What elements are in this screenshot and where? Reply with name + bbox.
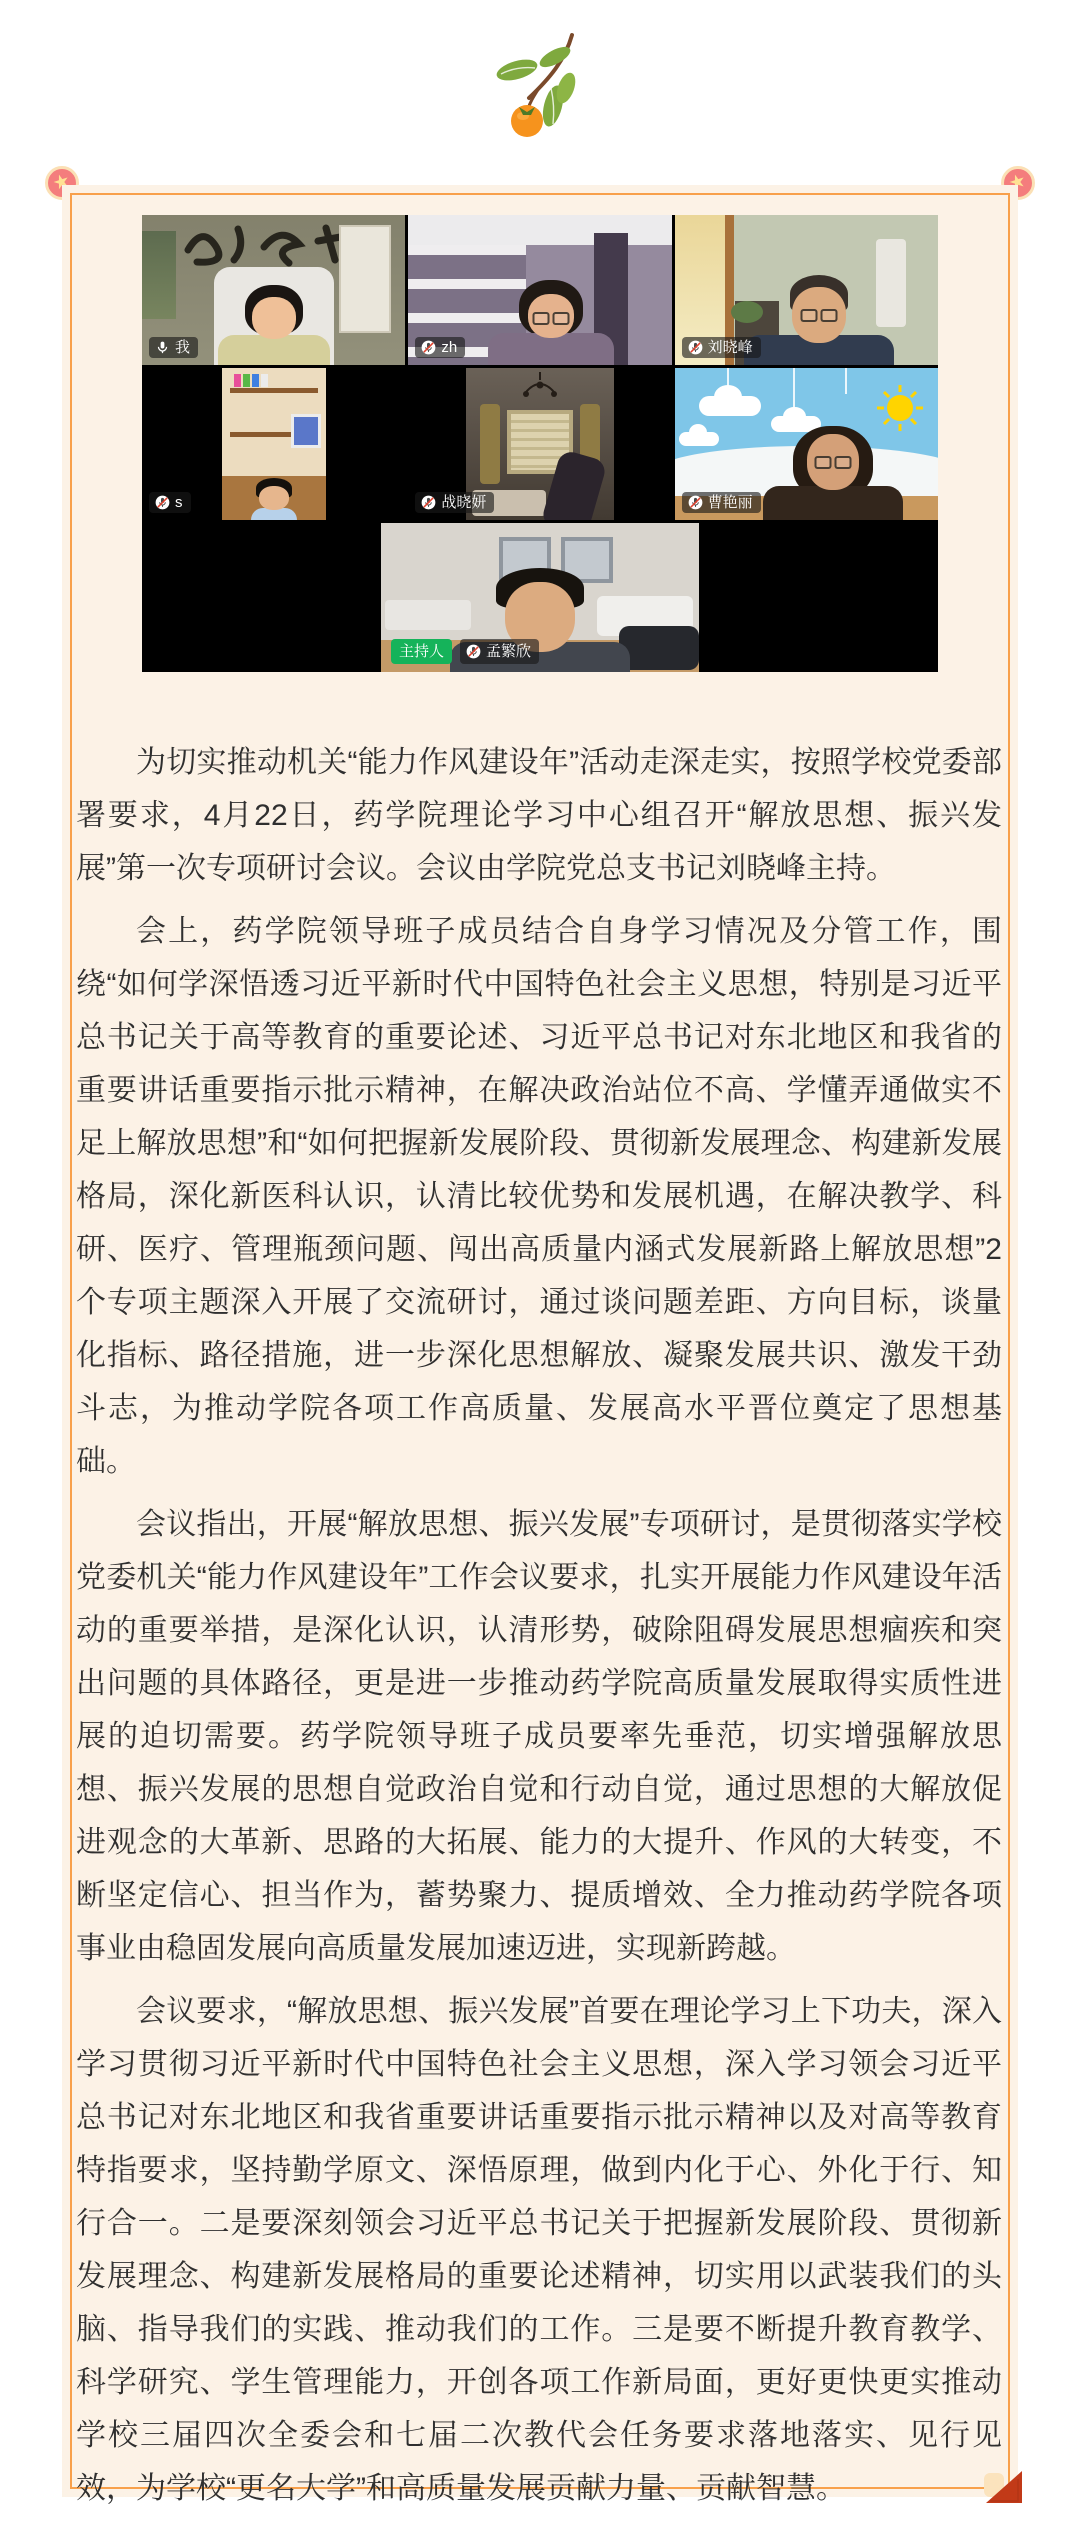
mic-muted-icon (155, 495, 170, 510)
torso (763, 486, 903, 520)
video-row-3: 主持人 孟繁欣 (142, 523, 938, 672)
video-row-2: s (142, 368, 938, 520)
participant-tile-mengfanxin: 主持人 孟繁欣 (381, 523, 699, 672)
participant-tile-liuxiaofeng: 刘晓峰 (675, 215, 938, 365)
participant-tile-s: s (142, 368, 405, 520)
participant-name: s (175, 495, 183, 510)
cloud (699, 396, 761, 416)
face (807, 434, 859, 490)
mic-muted-icon (421, 340, 436, 355)
window-plants (142, 231, 176, 319)
room-door (339, 225, 391, 333)
chandelier (518, 372, 562, 402)
content-card: 我 zh (62, 185, 1018, 2497)
mic-muted-icon (688, 495, 703, 510)
video-row-1: 我 zh (142, 215, 938, 365)
person-figure (218, 285, 330, 365)
participant-name: 孟繁欣 (486, 644, 531, 659)
participant-name-label: 我 (149, 337, 198, 358)
face (259, 486, 289, 510)
mic-muted-icon (688, 340, 703, 355)
glasses-icon (801, 309, 838, 322)
person-figure (763, 426, 903, 520)
participant-tile-zhanxiaoyan: 战晓妍 (408, 368, 671, 520)
face (528, 294, 574, 338)
sun (876, 384, 924, 432)
fold-corner-icon (984, 2471, 1022, 2503)
person-figure (744, 275, 894, 365)
dark-chair (619, 626, 699, 670)
wooden-shelf (230, 388, 318, 393)
curtain-left (480, 404, 500, 484)
portrait-video-strip (222, 368, 326, 520)
participant-name: 战晓妍 (441, 495, 486, 510)
participant-tile-me: 我 (142, 215, 405, 365)
participant-name-label: zh (415, 337, 465, 358)
person-figure (488, 280, 614, 365)
mic-muted-icon (466, 644, 481, 659)
bookshelf-books (234, 374, 268, 387)
paragraph: 会上，药学院领导班子成员结合自身学习情况及分管工作，围绕“如何学深悟透习近平新时… (76, 905, 1002, 1488)
paragraph: 为切实推动机关“能力作风建设年”活动走深走实，按照学校党委部署要求，4月22日，… (76, 736, 1002, 895)
participant-name-label: 曹艳丽 (682, 492, 761, 513)
host-badge: 主持人 (391, 639, 452, 664)
cloud-string (845, 368, 847, 394)
person-figure (251, 478, 297, 520)
participant-name-label: s (149, 492, 191, 513)
participant-tile-caoyanli: 曹艳丽 (675, 368, 938, 520)
torso (218, 335, 330, 365)
mic-on-icon (155, 340, 170, 355)
face (792, 287, 846, 343)
participant-name: 刘晓峰 (708, 340, 753, 355)
participant-name-label: 孟繁欣 (460, 639, 539, 664)
mic-muted-icon (421, 495, 436, 510)
face (252, 297, 296, 339)
cloud (679, 432, 719, 446)
participant-tile-zh: zh (408, 215, 671, 365)
participant-name: 曹艳丽 (708, 495, 753, 510)
participant-name: zh (441, 340, 457, 355)
participant-name: 我 (175, 340, 190, 355)
meeting-screenshot-image[interactable]: 我 zh (142, 215, 938, 672)
paragraph: 会议要求，“解放思想、振兴发展”首要在理论学习上下功夫，深入学习贯彻习近平新时代… (76, 1985, 1002, 2515)
article-body: 为切实推动机关“能力作风建设年”活动走深走实，按照学校党委部署要求，4月22日，… (76, 736, 1002, 2525)
host-label-group: 主持人 孟繁欣 (391, 639, 539, 664)
participant-name-label: 刘晓峰 (682, 337, 761, 358)
participant-name-label: 战晓妍 (415, 492, 494, 513)
paragraph: 会议指出，开展“解放思想、振兴发展”专项研讨，是贯彻落实学校党委机关“能力作风建… (76, 1498, 1002, 1975)
glasses-icon (814, 456, 851, 469)
wall-picture (291, 414, 321, 448)
calligraphy-art (176, 220, 366, 268)
persimmon-branch-icon (493, 30, 581, 140)
glasses-icon (532, 312, 569, 325)
